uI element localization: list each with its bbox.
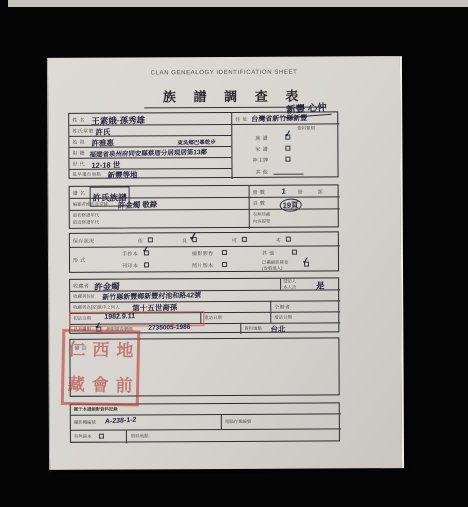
document-page: CLAN GENEALOGY IDENTIFICATION SHEET 族 譜 … — [47, 56, 404, 470]
option-label: 良 — [182, 237, 187, 244]
copy-checkbox — [99, 434, 104, 439]
co-organizer-label: 仝辦者 — [274, 304, 290, 311]
category-label: 其 他 — [256, 169, 269, 176]
option-checkbox — [286, 237, 291, 242]
field-label: 世 代 — [72, 161, 85, 168]
option-label: 劣 — [276, 237, 281, 244]
category-checkbox — [285, 157, 290, 162]
field-label: 祖 籍 — [72, 150, 85, 157]
checkmark: ✓ — [141, 245, 150, 255]
pages-label: 頁 數 — [253, 200, 266, 207]
field-label: 姓 名 — [72, 117, 85, 124]
address-label: 住 址 — [235, 116, 248, 123]
field-value: 王素娥·孫秀雄 — [91, 114, 145, 127]
field-value: 新豐等地 — [107, 169, 138, 181]
red-collection-seal: 仁西地 藏會前 — [61, 329, 141, 407]
material-loc-label: 資料地點 — [131, 433, 149, 439]
first-edit-label: 最初修譜年代 — [73, 213, 99, 219]
film-loc-label: 資料地點 — [244, 326, 262, 332]
scan-edge-strip — [8, 0, 468, 7]
category-checkbox — [285, 146, 290, 151]
category-label: 家 譜 — [255, 146, 268, 153]
form-option-checkbox — [222, 250, 227, 255]
film-number-value: 2735005-1986 — [148, 324, 190, 332]
option-checkbox — [242, 237, 247, 242]
other-blank-line — [274, 174, 304, 175]
revisit-label: 重訪日期 — [204, 315, 222, 321]
english-title: CLAN GENEALOGY IDENTIFICATION SHEET — [48, 69, 400, 77]
holder-label: 收藏者 — [73, 283, 89, 290]
field-note: 東吳鄉巴峯乾步 — [177, 138, 216, 147]
form-option-checkbox — [144, 262, 149, 267]
category-header: 資料類別 — [297, 126, 315, 132]
seal-text-row: 藏會前 — [61, 376, 140, 395]
field-value: 許雅惠 — [91, 137, 114, 149]
field-label: 最早遷台地點 — [73, 172, 102, 178]
scanned-microfilm-frame: FamilySearch CLAN GENEALOGY IDENTIFICATI… — [0, 0, 468, 507]
pages-value: 19頁 — [279, 198, 301, 212]
unit-set: 部 — [318, 188, 323, 195]
db-number-label: 電腦存案編號 — [225, 419, 251, 425]
form-option-label: 其 他 — [262, 250, 275, 257]
seal-text-row: 仁西地 — [61, 341, 140, 360]
form-option-sub: (卷號填入) — [262, 266, 283, 272]
holder-name: 許金燭 — [94, 280, 120, 293]
addvisit-label: 增訪日期 — [274, 315, 292, 321]
form-option-label: 刊印本 — [122, 262, 138, 269]
table-microfilm-record: 關于本譜縮影資料記錄 攝影機編號 A-238-1-2 電腦存案編號 有無副本 資… — [70, 402, 340, 442]
address-value: 台灣省新竹縣新豐 — [251, 113, 307, 124]
compiler-value: 許金燭 敬錄 — [117, 199, 157, 211]
interviewee-value: 是 — [316, 279, 325, 291]
relation-label: 收藏者為[家]族中之何人 — [73, 305, 119, 311]
form-option-label: 照片影本 — [192, 262, 214, 269]
content-label: 內容提要 — [253, 219, 271, 225]
form-option-label: 已攝縮影膠卷 — [262, 260, 288, 266]
field-label: 姓氏堂號 — [72, 128, 94, 135]
camera-number-label: 攝影機編號 — [74, 420, 96, 426]
first-visit-label: 初訪日期 — [73, 316, 91, 322]
option-label: 佳 — [138, 237, 143, 244]
first-visit-date: 1982.9.11 — [104, 313, 135, 321]
category-label: 族 譜 — [255, 135, 268, 142]
checkmark: ✓ — [284, 129, 293, 139]
field-value: 許氏 — [95, 126, 111, 137]
form-label: 形 式 — [73, 257, 86, 264]
form-option-label: 手抄本 — [122, 250, 138, 257]
table-owner-info: 姓 名 王素娥·孫秀雄 姓氏堂號 許氏 始 祖 許雅惠 東吳鄉巴峯乾步 祖 籍 … — [68, 111, 338, 178]
table-book-info: 譜 名 許氏族譜 冊 數 1 冊 部 編纂者姓名及堂號 許金燭 敬錄 頁 數 1… — [69, 184, 339, 228]
field-label: 始 祖 — [72, 139, 85, 146]
form-option-checkbox — [292, 250, 297, 255]
checkmark: ✓ — [301, 256, 310, 266]
interviewee-label-1: 受訪人 — [283, 279, 296, 285]
table-holder-info: 收藏者 許金燭 受訪人 本人否 是 收藏者住址 新竹縣新豐鄉新豐村池和路42號 … — [69, 277, 339, 333]
microfilm-header: 關于本譜縮影資料記錄 — [74, 407, 118, 413]
field-label: 譜 名 — [73, 190, 86, 197]
volume-label: 冊 數 — [253, 189, 266, 196]
last-edit-label: 最近修譜年代 — [73, 220, 99, 226]
volume-value: 1 — [281, 187, 286, 196]
unit-volume: 冊 — [298, 189, 303, 196]
keep-label: 有無珍藏 — [253, 212, 271, 218]
option-label: 可 — [232, 237, 237, 244]
camera-number-value: A-238-1-2 — [105, 417, 137, 426]
interviewee-label-2: 本人否 — [283, 285, 296, 291]
table-condition: 保存狀況 佳 良 ✓ 可 劣 形 式 手抄本 ✓ 刊印本 縮影膠卷 照片影本 其… — [69, 231, 339, 272]
field-label: 編纂者姓名及堂號 — [73, 202, 108, 208]
form-option-label: 縮影膠卷 — [192, 250, 214, 257]
film-loc-value: 台北 — [270, 324, 286, 335]
option-checkbox — [148, 237, 153, 242]
checkmark: ✓ — [188, 231, 199, 243]
condition-label: 保存狀況 — [73, 238, 95, 245]
category-label: 神主牌 — [252, 157, 268, 164]
copy-label: 有無副本 — [74, 434, 92, 440]
holder-address-label: 收藏者住址 — [73, 294, 95, 300]
form-option-checkbox — [222, 262, 227, 267]
